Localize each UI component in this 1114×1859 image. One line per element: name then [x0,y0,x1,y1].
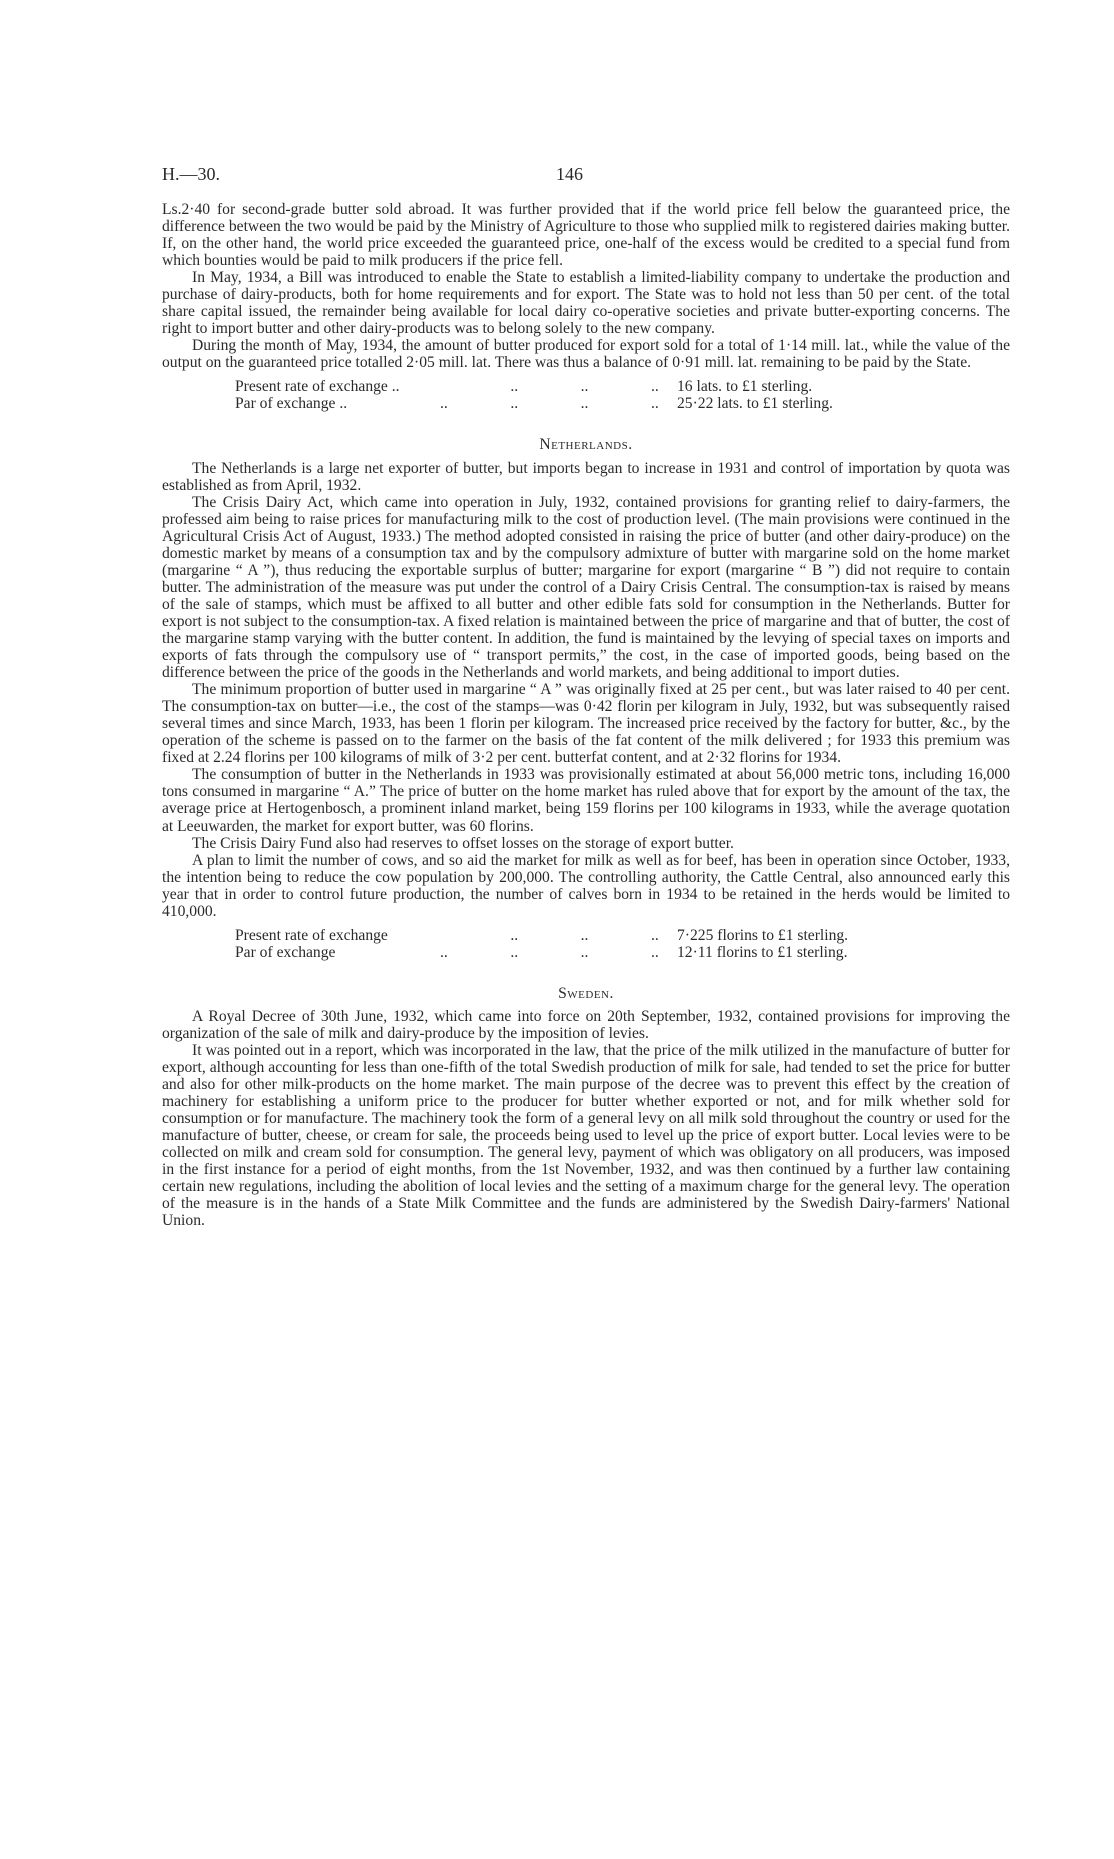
latvia-section-continued: Ls.2·40 for second-grade butter sold abr… [162,201,1010,412]
document-reference: H.—30. [162,164,220,185]
leader-dots: .. .. .. .. [440,395,677,412]
page-header: H.—30. 146 [162,164,1010,188]
rate-value: 12·11 florins to £1 sterling. [677,944,848,961]
rate-label: Par of exchange .. [162,395,440,412]
leader-dots: .. .. .. [440,378,677,395]
netherlands-section: Netherlands. The Netherlands is a large … [162,436,1010,960]
page-number: 146 [556,164,583,185]
exchange-rate-row: Present rate of exchange .. .. .. .. 16 … [162,378,1010,395]
section-heading: Netherlands. [162,436,1010,453]
rate-label: Par of exchange [162,944,440,961]
paragraph: A plan to limit the number of cows, and … [162,852,1010,920]
document-body: Ls.2·40 for second-grade butter sold abr… [162,201,1010,1229]
exchange-rate-row: Par of exchange .. .. .. .. 12·11 florin… [162,944,1010,961]
paragraph: In May, 1934, a Bill was introduced to e… [162,269,1010,337]
exchange-rate-row: Par of exchange .. .. .. .. .. 25·22 lat… [162,395,1010,412]
leader-dots: .. .. .. [440,927,677,944]
paragraph: It was pointed out in a report, which wa… [162,1042,1010,1230]
exchange-rates-latvia: Present rate of exchange .. .. .. .. 16 … [162,378,1010,412]
paragraph: A Royal Decree of 30th June, 1932, which… [162,1008,1010,1042]
paragraph: Ls.2·40 for second-grade butter sold abr… [162,201,1010,269]
paragraph: During the month of May, 1934, the amoun… [162,337,1010,371]
exchange-rate-row: Present rate of exchange .. .. .. 7·225 … [162,927,1010,944]
paragraph: The Crisis Dairy Fund also had reserves … [162,835,1010,852]
rate-value: 7·225 florins to £1 sterling. [677,927,848,944]
paragraph: The Netherlands is a large net exporter … [162,460,1010,494]
paragraph: The Crisis Dairy Act, which came into op… [162,494,1010,682]
exchange-rates-netherlands: Present rate of exchange .. .. .. 7·225 … [162,927,1010,961]
section-heading: Sweden. [162,985,1010,1002]
rate-value: 16 lats. to £1 sterling. [677,378,812,395]
sweden-section: Sweden. A Royal Decree of 30th June, 193… [162,985,1010,1230]
rate-label: Present rate of exchange [162,927,440,944]
paragraph: The consumption of butter in the Netherl… [162,766,1010,834]
paragraph: The minimum proportion of butter used in… [162,681,1010,766]
leader-dots: .. .. .. .. [440,944,677,961]
rate-label: Present rate of exchange .. [162,378,440,395]
rate-value: 25·22 lats. to £1 sterling. [677,395,833,412]
